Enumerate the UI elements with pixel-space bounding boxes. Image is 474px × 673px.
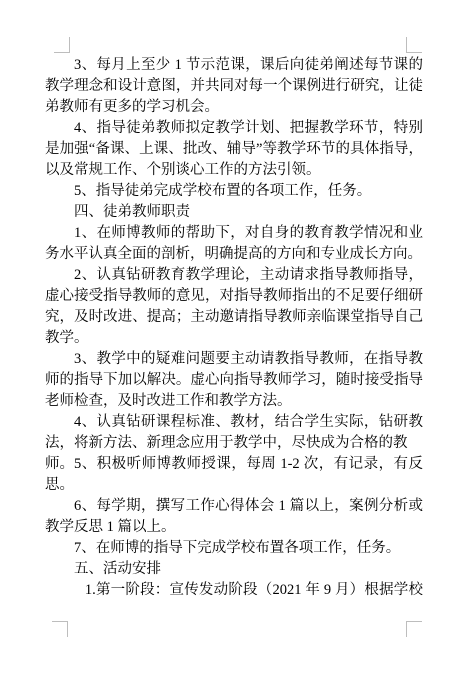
margin-crop-mark-top-left — [54, 37, 70, 53]
margin-crop-mark-bottom-left — [52, 621, 68, 637]
text-line: 7、在师博的指导下完成学校布置各项工作，任务。 — [45, 538, 423, 559]
margin-crop-mark-bottom-right — [406, 621, 422, 637]
document-text: 3、每月上至少 1 节示范课，课后向徒弟阐述每节课的教学理念和设计意图，并共同对… — [45, 55, 423, 601]
text-line: 4、认真钻研课程标准、教材，结合学生实际，钻研教 — [45, 412, 423, 433]
text-line: 4、指导徒弟教师拟定教学计划、把握教学环节，特别 — [45, 118, 423, 139]
text-line: 6、每学期，撰写工作心得体会 1 篇以上，案例分析或 — [45, 496, 423, 517]
text-line: 究，及时改进、提高；主动邀请指导教师亲临课堂指导自己 — [45, 307, 423, 328]
text-line: 1.第一阶段：宣传发动阶段（2021 年 9 月）根据学校 — [45, 580, 423, 601]
text-line: 弟教师有更多的学习机会。 — [45, 97, 423, 118]
text-line: 2、认真钻研教育教学理论，主动请求指导教师指导， — [45, 265, 423, 286]
text-line: 是加强“备课、上课、批改、辅导”等教学环节的具体指导， — [45, 139, 423, 160]
text-line: 教学反思 1 篇以上。 — [45, 517, 423, 538]
text-line: 教学理念和设计意图，并共同对每一个课例进行研究，让徒 — [45, 76, 423, 97]
text-line: 5、指导徒弟完成学校布置的各项工作，任务。 — [45, 181, 423, 202]
text-line: 五、活动安排 — [45, 559, 423, 580]
text-line: 思。 — [45, 475, 423, 496]
text-line: 3、每月上至少 1 节示范课，课后向徒弟阐述每节课的 — [45, 55, 423, 76]
text-line: 5、积极听师博教师授课，每周 1-2 次，有记录，有反 — [45, 454, 423, 475]
text-line: 3、教学中的疑难问题要主动请教指导教师，在指导教 — [45, 349, 423, 370]
text-line: 四、徒弟教师职责 — [45, 202, 423, 223]
text-line: 教学。 — [45, 328, 423, 349]
text-line: 以及常规工作、个别谈心工作的方法引领。 — [45, 160, 423, 181]
text-line: 务水平认真全面的剖析，明确提高的方向和专业成长方向。 — [45, 244, 423, 265]
text-line: 法，将新方法、新理念应用于教学中，尽快成为合格的教师。 — [45, 433, 423, 454]
text-line: 虚心接受指导教师的意见，对指导教师指出的不足要仔细研 — [45, 286, 423, 307]
margin-crop-mark-top-right — [406, 37, 422, 53]
text-line: 师的指导下加以解决。虚心向指导教师学习，随时接受指导 — [45, 370, 423, 391]
text-line: 老师检查，及时改进工作和教学方法。 — [45, 391, 423, 412]
text-line: 1、在师博教师的帮助下，对自身的教育教学情况和业 — [45, 223, 423, 244]
document-page: 3、每月上至少 1 节示范课，课后向徒弟阐述每节课的教学理念和设计意图，并共同对… — [0, 0, 474, 673]
